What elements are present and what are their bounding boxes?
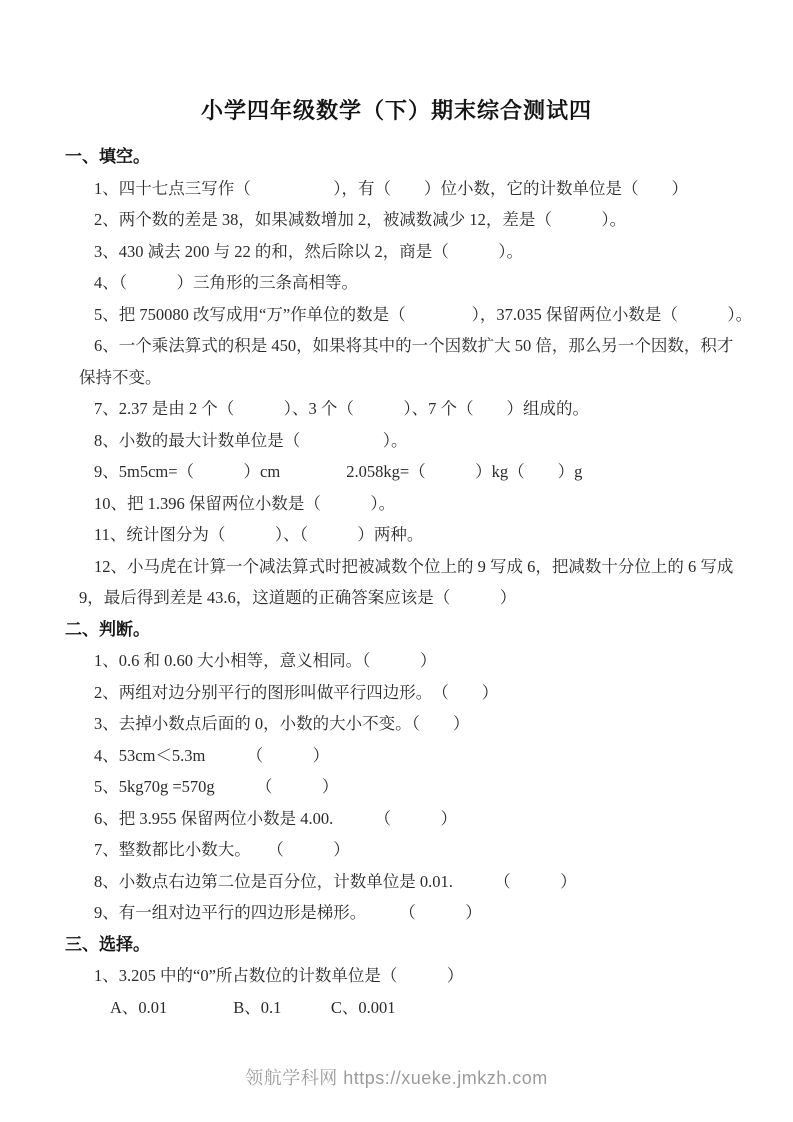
question-line: 1、四十七点三写作（ ），有（ ）位小数，它的计数单位是（ ） <box>0 173 793 205</box>
question-line: 8、小数的最大计数单位是（ ）。 <box>0 425 793 457</box>
section-heading: 三、选择。 <box>0 929 793 961</box>
question-line: 保持不变。 <box>0 362 793 394</box>
exam-document: 小学四年级数学（下）期末综合测试四 一、填空。1、四十七点三写作（ ），有（ ）… <box>0 0 793 1122</box>
question-line: 4、53cm＜5.3m （ ） <box>0 740 793 772</box>
question-line: 8、小数点右边第二位是百分位，计数单位是 0.01. （ ） <box>0 866 793 898</box>
question-line: 1、3.205 中的“0”所占数位的计数单位是（ ） <box>0 960 793 992</box>
question-line: 3、430 减去 200 与 22 的和，然后除以 2，商是（ ）。 <box>0 236 793 268</box>
question-line: 9，最后得到差是 43.6，这道题的正确答案应该是（ ） <box>0 582 793 614</box>
section: 二、判断。1、0.6 和 0.60 大小相等，意义相同。（ ）2、两组对边分别平… <box>0 614 793 929</box>
section: 一、填空。1、四十七点三写作（ ），有（ ）位小数，它的计数单位是（ ）2、两个… <box>0 141 793 614</box>
question-line: 2、两个数的差是 38，如果减数增加 2，被减数减少 12，差是（ ）。 <box>0 204 793 236</box>
question-line: 4、（ ）三角形的三条高相等。 <box>0 267 793 299</box>
footer-text: 领航学科网 https://xueke.jmkzh.com <box>245 1068 548 1088</box>
question-line: 12、小马虎在计算一个减法算式时把被减数个位上的 9 写成 6，把减数十分位上的… <box>0 551 793 583</box>
choice-options-line: A、0.01 B、0.1 C、0.001 <box>0 992 793 1024</box>
question-line: 11、统计图分为（ ）、（ ）两种。 <box>0 519 793 551</box>
section-heading: 一、填空。 <box>0 141 793 173</box>
question-line: 6、一个乘法算式的积是 450，如果将其中的一个因数扩大 50 倍，那么另一个因… <box>0 330 793 362</box>
question-line: 9、5m5cm=（ ）cm 2.058kg=（ ）kg（ ）g <box>0 456 793 488</box>
question-line: 1、0.6 和 0.60 大小相等，意义相同。（ ） <box>0 645 793 677</box>
question-line: 7、整数都比小数大。 （ ） <box>0 834 793 866</box>
sections-container: 一、填空。1、四十七点三写作（ ），有（ ）位小数，它的计数单位是（ ）2、两个… <box>0 141 793 1023</box>
page-title: 小学四年级数学（下）期末综合测试四 <box>0 0 793 128</box>
question-line: 10、把 1.396 保留两位小数是（ ）。 <box>0 488 793 520</box>
footer-watermark: 领航学科网 https://xueke.jmkzh.com <box>0 1064 793 1090</box>
question-line: 3、去掉小数点后面的 0，小数的大小不变。（ ） <box>0 708 793 740</box>
section-heading: 二、判断。 <box>0 614 793 646</box>
section: 三、选择。1、3.205 中的“0”所占数位的计数单位是（ ）A、0.01 B、… <box>0 929 793 1024</box>
question-line: 5、5kg70g =570g （ ） <box>0 771 793 803</box>
question-line: 9、有一组对边平行的四边形是梯形。 （ ） <box>0 897 793 929</box>
question-line: 7、2.37 是由 2 个（ ）、3 个（ ）、7 个（ ）组成的。 <box>0 393 793 425</box>
question-line: 5、把 750080 改写成用“万”作单位的数是（ ），37.035 保留两位小… <box>0 299 793 331</box>
question-line: 2、两组对边分别平行的图形叫做平行四边形。 （ ） <box>0 677 793 709</box>
question-line: 6、把 3.955 保留两位小数是 4.00. （ ） <box>0 803 793 835</box>
